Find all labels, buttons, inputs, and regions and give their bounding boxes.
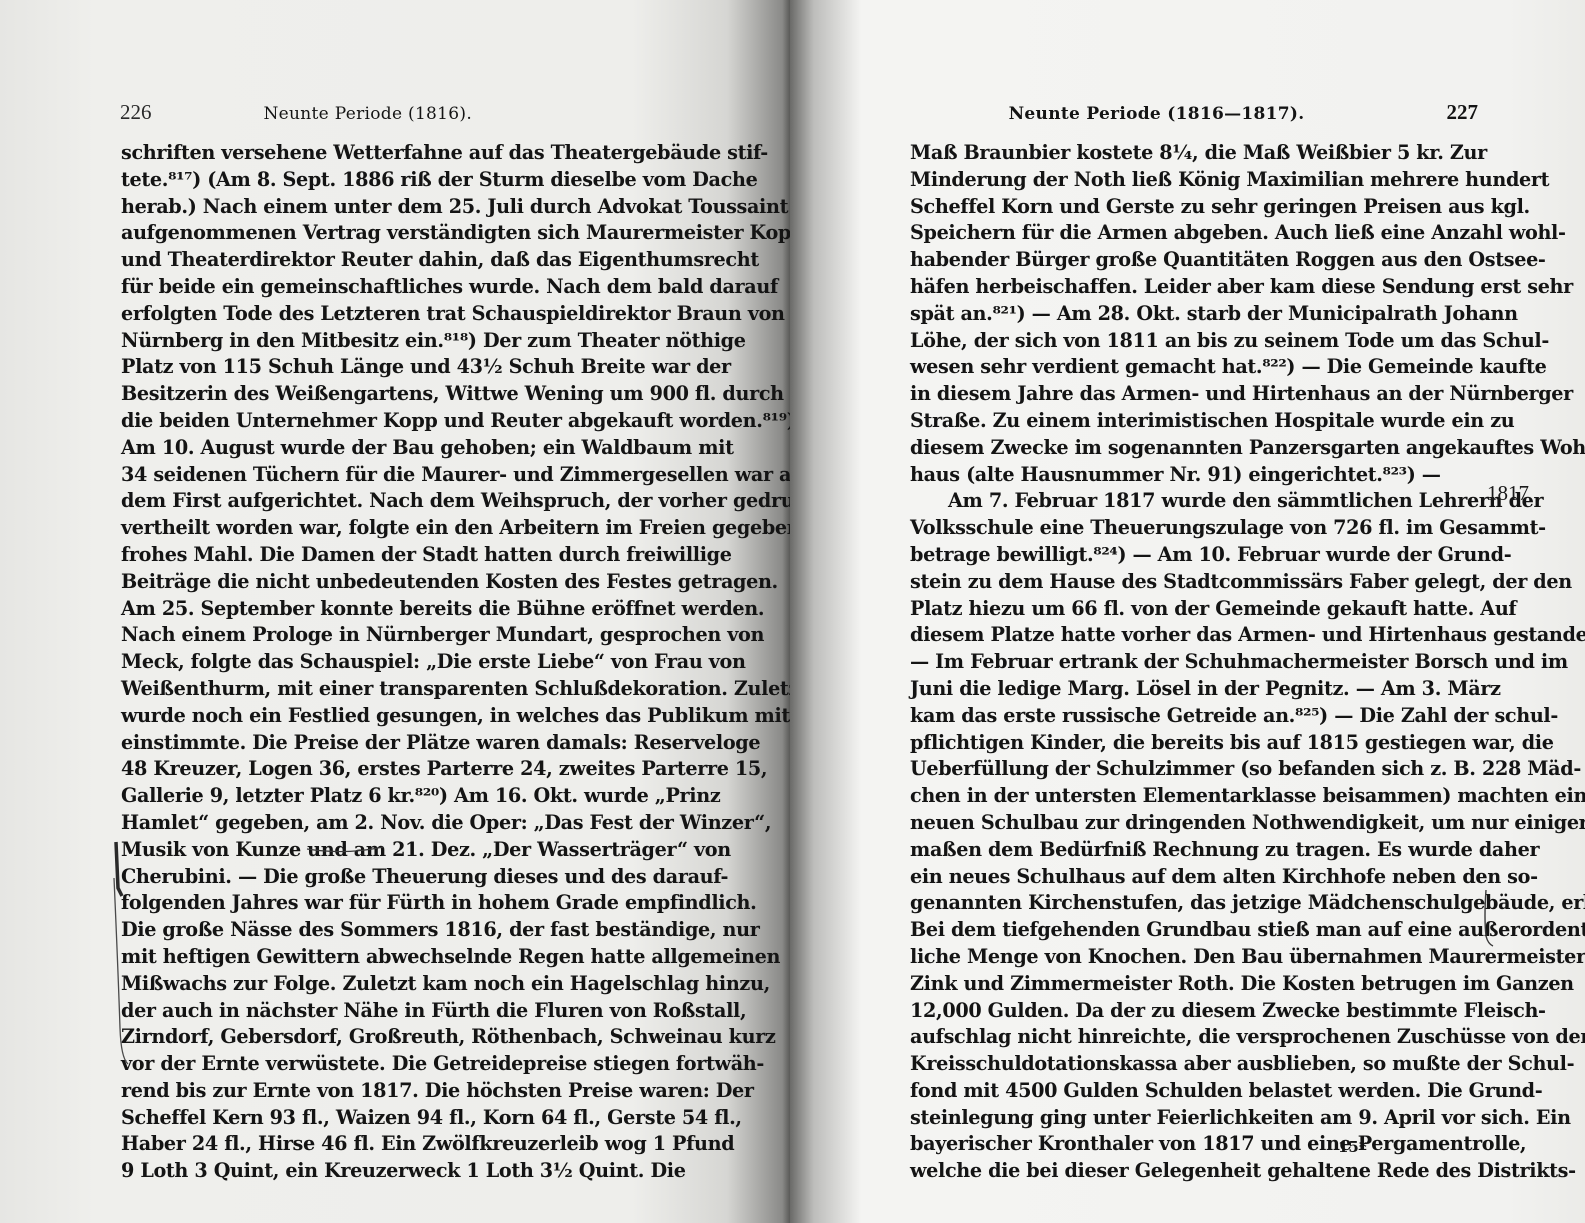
text-line: Die große Nässe des Sommers 1816, der fa… xyxy=(121,917,696,944)
text-line: chen in der untersten Elementarklasse be… xyxy=(910,783,1478,810)
pencil-margin-bracket-icon xyxy=(108,838,136,1068)
text-line: Platz von 115 Schuh Länge und 43½ Schuh … xyxy=(121,354,696,381)
text-line: rend bis zur Ernte von 1817. Die höchste… xyxy=(121,1078,696,1105)
text-line: Besitzerin des Weißengartens, Wittwe Wen… xyxy=(121,381,696,408)
text-line: spät an.⁸²¹) — Am 28. Okt. starb der Mun… xyxy=(910,301,1478,328)
text-line: neuen Schulbau zur dringenden Nothwendig… xyxy=(910,810,1478,837)
left-page: 226 Neunte Periode (1816). schriften ver… xyxy=(0,0,790,1223)
text-line: der auch in nächster Nähe in Fürth die F… xyxy=(121,998,696,1025)
right-page-body-text: Maß Braunbier kostete 8¼, die Maß Weißbi… xyxy=(910,140,1478,1185)
text-line: maßen dem Bedürfniß Rechnung zu tragen. … xyxy=(910,837,1478,864)
marginal-year-note: 1817 xyxy=(1487,481,1529,506)
text-line: dem First aufgerichtet. Nach dem Weihspr… xyxy=(121,488,696,515)
text-line: welche die bei dieser Gelegenheit gehalt… xyxy=(910,1158,1478,1185)
text-line: Platz hiezu um 66 fl. von der Gemeinde g… xyxy=(910,596,1478,623)
text-line: Minderung der Noth ließ König Maximilian… xyxy=(910,167,1478,194)
text-line: Zink und Zimmermeister Roth. Die Kosten … xyxy=(910,971,1478,998)
page-number: 226 xyxy=(120,100,152,125)
text-line: Volksschule eine Theuerungszulage von 72… xyxy=(910,515,1478,542)
text-line: einstimmte. Die Preise der Plätze waren … xyxy=(121,730,696,757)
text-line: tete.⁸¹⁷) (Am 8. Sept. 1886 riß der Stur… xyxy=(121,167,696,194)
text-line: 12,000 Gulden. Da der zu diesem Zwecke b… xyxy=(910,998,1478,1025)
text-line: Beiträge die nicht unbedeutenden Kosten … xyxy=(121,569,696,596)
text-line: Kreisschuldotationskassa aber ausblieben… xyxy=(910,1051,1478,1078)
text-line: genannten Kirchenstufen, das jetzige Mäd… xyxy=(910,890,1478,917)
text-line: wesen sehr verdient gemacht hat.⁸²²) — D… xyxy=(910,354,1478,381)
text-line: Speichern für die Armen abgeben. Auch li… xyxy=(910,220,1478,247)
text-line: Zirndorf, Gebersdorf, Großreuth, Röthenb… xyxy=(121,1024,696,1051)
text-line: — Im Februar ertrank der Schuhmachermeis… xyxy=(910,649,1478,676)
text-line: mit heftigen Gewittern abwechselnde Rege… xyxy=(121,944,696,971)
text-line: frohes Mahl. Die Damen der Stadt hatten … xyxy=(121,542,696,569)
text-line: Weißenthurm, mit einer transparenten Sch… xyxy=(121,676,696,703)
text-line: herab.) Nach einem unter dem 25. Juli du… xyxy=(121,194,696,221)
text-line: pflichtigen Kinder, die bereits bis auf … xyxy=(910,730,1478,757)
text-line: wurde noch ein Festlied gesungen, in wel… xyxy=(121,703,696,730)
text-line: Mißwachs zur Folge. Zuletzt kam noch ein… xyxy=(121,971,696,998)
text-line: schriften versehene Wetterfahne auf das … xyxy=(121,140,696,167)
text-line: 48 Kreuzer, Logen 36, erstes Parterre 24… xyxy=(121,756,696,783)
left-page-body-text: schriften versehene Wetterfahne auf das … xyxy=(121,140,696,1185)
right-page: Neunte Periode (1816—1817). 227 Maß Brau… xyxy=(790,0,1585,1223)
printer-signature-mark: 15* xyxy=(1338,1138,1367,1156)
text-line: habender Bürger große Quantitäten Roggen… xyxy=(910,247,1478,274)
text-line: Haber 24 fl., Hirse 46 fl. Ein Zwölfkreu… xyxy=(121,1131,696,1158)
text-line: Straße. Zu einem interimistischen Hospit… xyxy=(910,408,1478,435)
text-line: Scheffel Kern 93 fl., Waizen 94 fl., Kor… xyxy=(121,1105,696,1132)
text-line: Gallerie 9, letzter Platz 6 kr.⁸²⁰) Am 1… xyxy=(121,783,696,810)
text-line: vertheilt worden war, folgte ein den Arb… xyxy=(121,515,696,542)
text-line: liche Menge von Knochen. Den Bau übernah… xyxy=(910,944,1478,971)
text-line: in diesem Jahre das Armen- und Hirtenhau… xyxy=(910,381,1478,408)
text-line: Scheffel Korn und Gerste zu sehr geringe… xyxy=(910,194,1478,221)
text-line: Am 10. August wurde der Bau gehoben; ein… xyxy=(121,435,696,462)
text-line: folgenden Jahres war für Fürth in hohem … xyxy=(121,890,696,917)
text-line: häfen herbeischaffen. Leider aber kam di… xyxy=(910,274,1478,301)
text-line: steinlegung ging unter Feierlichkeiten a… xyxy=(910,1105,1478,1132)
text-line: aufgenommenen Vertrag verständigten sich… xyxy=(121,220,696,247)
text-line: aufschlag nicht hinreichte, die versproc… xyxy=(910,1024,1478,1051)
pencil-underline-icon xyxy=(305,843,385,857)
text-line: kam das erste russische Getreide an.⁸²⁵)… xyxy=(910,703,1478,730)
text-line: betrage bewilligt.⁸²⁴) — Am 10. Februar … xyxy=(910,542,1478,569)
text-line: für beide ein gemeinschaftliches wurde. … xyxy=(121,274,696,301)
text-line: Nürnberg in den Mitbesitz ein.⁸¹⁸) Der z… xyxy=(121,328,696,355)
text-line: Löhe, der sich von 1811 an bis zu seinem… xyxy=(910,328,1478,355)
pencil-margin-bracket-icon xyxy=(1482,888,1496,948)
text-line: Ueberfüllung der Schulzimmer (so befande… xyxy=(910,756,1478,783)
text-line: 34 seidenen Tüchern für die Maurer- und … xyxy=(121,462,696,489)
text-line: Bei dem tiefgehenden Grundbau stieß man … xyxy=(910,917,1478,944)
running-title: Neunte Periode (1816—1817). xyxy=(1009,104,1305,124)
text-line: haus (alte Hausnummer Nr. 91) eingericht… xyxy=(910,462,1478,489)
page-number: 227 xyxy=(1447,100,1479,125)
text-line: Cherubini. — Die große Theuerung dieses … xyxy=(121,864,696,891)
text-line: stein zu dem Hause des Stadtcommissärs F… xyxy=(910,569,1478,596)
text-line: 9 Loth 3 Quint, ein Kreuzerweck 1 Loth 3… xyxy=(121,1158,696,1185)
right-page-header: Neunte Periode (1816—1817). 227 xyxy=(910,100,1478,130)
text-line: ein neues Schulhaus auf dem alten Kirchh… xyxy=(910,864,1478,891)
text-line: vor der Ernte verwüstete. Die Getreidepr… xyxy=(121,1051,696,1078)
book-spread: 226 Neunte Periode (1816). schriften ver… xyxy=(0,0,1585,1223)
text-line: Musik von Kunze und am 21. Dez. „Der Was… xyxy=(121,837,696,864)
text-line: fond mit 4500 Gulden Schulden belastet w… xyxy=(910,1078,1478,1105)
text-line: diesem Zwecke im sogenannten Panzersgart… xyxy=(910,435,1478,462)
text-line: Am 25. September konnte bereits die Bühn… xyxy=(121,596,696,623)
left-page-header: 226 Neunte Periode (1816). xyxy=(120,100,695,130)
text-line: Maß Braunbier kostete 8¼, die Maß Weißbi… xyxy=(910,140,1478,167)
text-line: Am 7. Februar 1817 wurde den sämmtlichen… xyxy=(910,488,1478,515)
text-line: und Theaterdirektor Reuter dahin, daß da… xyxy=(121,247,696,274)
text-line: die beiden Unternehmer Kopp und Reuter a… xyxy=(121,408,696,435)
text-line: diesem Platze hatte vorher das Armen- un… xyxy=(910,622,1478,649)
text-line: Hamlet“ gegeben, am 2. Nov. die Oper: „D… xyxy=(121,810,696,837)
text-line: bayerischer Kronthaler von 1817 und eine… xyxy=(910,1131,1478,1158)
text-line: erfolgten Tode des Letzteren trat Schaus… xyxy=(121,301,696,328)
text-line: Meck, folgte das Schauspiel: „Die erste … xyxy=(121,649,696,676)
text-line: Nach einem Prologe in Nürnberger Mundart… xyxy=(121,622,696,649)
text-line: Juni die ledige Marg. Lösel in der Pegni… xyxy=(910,676,1478,703)
running-title: Neunte Periode (1816). xyxy=(264,104,473,124)
